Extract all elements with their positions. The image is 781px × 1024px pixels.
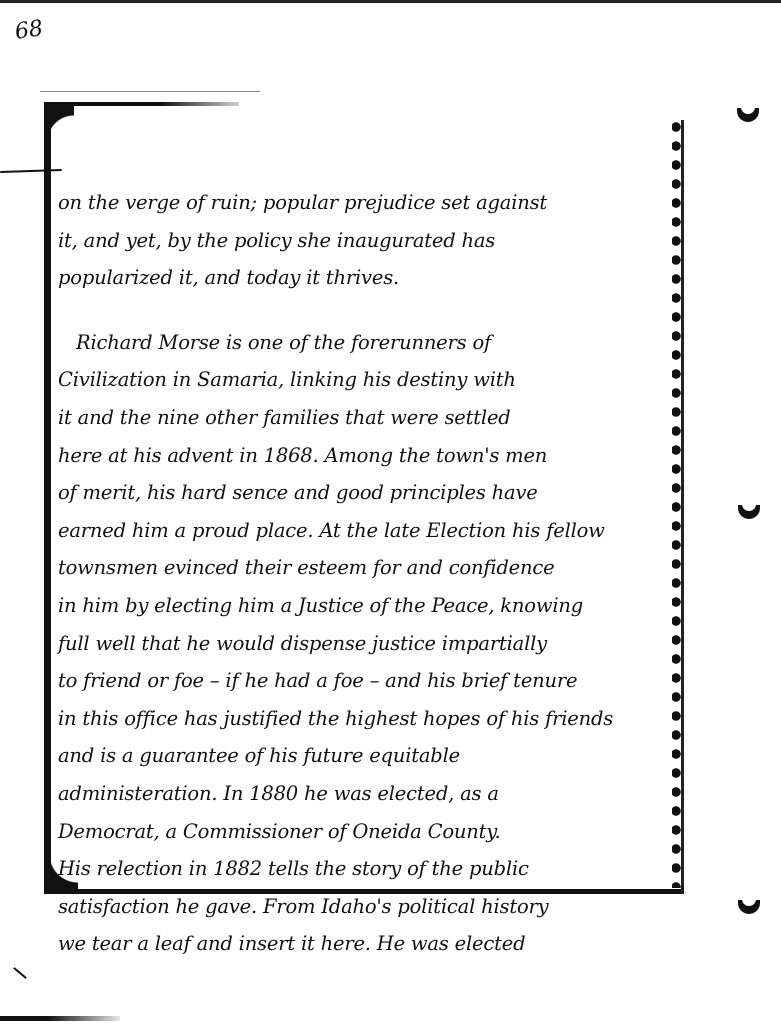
text-line: His relection in 1882 tells the story of… bbox=[58, 850, 678, 888]
text-line: townsmen evinced their esteem for and co… bbox=[58, 549, 678, 587]
frame-left-border bbox=[44, 102, 51, 894]
stray-pen-mark bbox=[13, 967, 27, 979]
text-line: in this office has justified the highest… bbox=[58, 700, 678, 738]
punch-hole-icon bbox=[738, 505, 760, 519]
text-line: full well that he would dispense justice… bbox=[58, 625, 678, 663]
text-line: here at his advent in 1868. Among the to… bbox=[58, 437, 678, 475]
text-line: we tear a leaf and insert it here. He wa… bbox=[58, 925, 678, 963]
text-line: Democrat, a Commissioner of Oneida Count… bbox=[58, 813, 678, 851]
text-line: Richard Morse is one of the forerunners … bbox=[58, 324, 678, 362]
text-line: it and the nine other families that were… bbox=[58, 399, 678, 437]
text-line: and is a guarantee of his future equitab… bbox=[58, 737, 678, 775]
handwritten-sheet: on the verge of ruin; popular prejudice … bbox=[44, 102, 684, 894]
text-line: satisfaction he gave. From Idaho's polit… bbox=[58, 888, 678, 926]
punch-hole-icon bbox=[738, 900, 760, 914]
scan-bottom-smudge bbox=[0, 1016, 120, 1021]
paragraph-1: on the verge of ruin; popular prejudice … bbox=[58, 184, 678, 297]
text-line: in him by electing him a Justice of the … bbox=[58, 587, 678, 625]
paragraph-gap bbox=[58, 297, 678, 324]
scan-top-edge bbox=[0, 0, 781, 3]
text-line: on the verge of ruin; popular prejudice … bbox=[58, 184, 678, 222]
text-line: it, and yet, by the policy she inaugurat… bbox=[58, 222, 678, 260]
text-line: administeration. In 1880 he was elected,… bbox=[58, 775, 678, 813]
handwritten-text: on the verge of ruin; popular prejudice … bbox=[58, 184, 678, 963]
text-line: popularized it, and today it thrives. bbox=[58, 259, 678, 297]
faint-rule-line bbox=[40, 91, 260, 92]
text-line: Civilization in Samaria, linking his des… bbox=[58, 361, 678, 399]
punch-hole-icon bbox=[737, 108, 759, 122]
text-line: to friend or foe – if he had a foe – and… bbox=[58, 662, 678, 700]
text-line: earned him a proud place. At the late El… bbox=[58, 512, 678, 550]
text-line: of merit, his hard sence and good princi… bbox=[58, 474, 678, 512]
page-number: 68 bbox=[13, 16, 44, 45]
frame-corner-top-left bbox=[44, 102, 74, 142]
paragraph-2: Richard Morse is one of the forerunners … bbox=[58, 324, 678, 963]
